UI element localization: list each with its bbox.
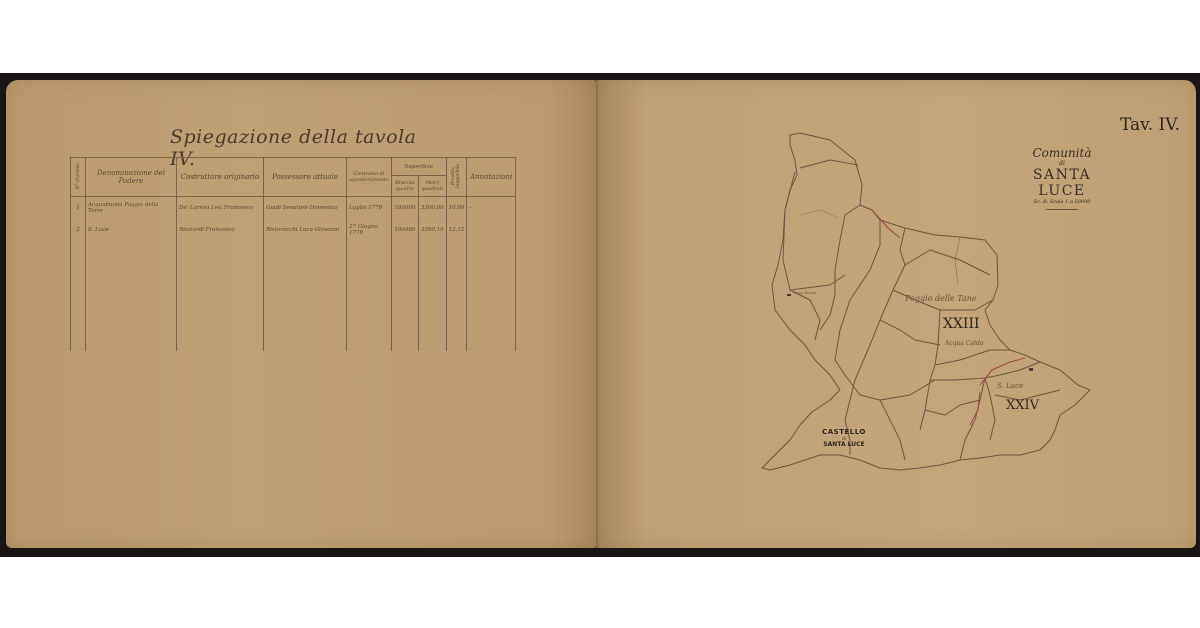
cell-current-owner: Ristoracchi Luca Giovanni [264, 219, 347, 241]
cell-name: Acquabuona Poggio della Torre [86, 197, 177, 220]
header-surface: Superficie [391, 158, 446, 176]
cell-estimate: 12,12 [446, 219, 467, 241]
header-orig-owner: Costruttore originario [177, 158, 264, 197]
place-label-acqua-calda: Acqua Calda [945, 340, 983, 347]
cartouche-rule [1046, 209, 1078, 210]
zone-label-xxiii: XXIII [943, 316, 980, 332]
header-braccia: Braccia quadre [391, 176, 418, 197]
header-current-owner: Possessore attuale [264, 158, 347, 197]
cell-orig-owner: Ricciardi Francesco [177, 219, 264, 241]
cell-num: 2 [71, 219, 86, 241]
header-metri: Metri quadrati [418, 176, 446, 197]
header-estimate: Rendita imponibile [446, 158, 467, 197]
cartouche-di: di [1010, 160, 1114, 167]
map-cartouche: Comunità di SANTA LUCE Sc. B. Scala 1 a … [1010, 146, 1114, 210]
cell-metri: 3300,19 [418, 219, 446, 241]
header-notes: Annotazioni [467, 158, 516, 197]
cartouche-comunita: Comunità [1010, 146, 1114, 160]
cell-metri: 3300,00 [418, 197, 446, 220]
road-red [980, 358, 1025, 385]
cell-braccia: 100480 [391, 219, 418, 241]
cell-name: S. Luce [86, 219, 177, 241]
podere-register-table: N° d'ordine Denominazione del Podere Cos… [70, 157, 516, 351]
header-name: Denominazione del Podere [86, 158, 177, 197]
cartouche-scale: Sc. B. Scala 1 a 50000 [1010, 199, 1114, 205]
place-label-poggio: Poggio delle Tane [905, 294, 977, 303]
cell-estimate: 10,00 [446, 197, 467, 220]
cell-orig-owner: De' Larsini Lev. Francesco [177, 197, 264, 220]
place-label-casa: Casa Rossa [793, 290, 816, 295]
cell-notes: - [467, 197, 516, 220]
cell-notes [467, 219, 516, 241]
cell-deed: Luglio 1779 [347, 197, 392, 220]
castello-label: CASTELLO di SANTA LUCE [808, 428, 880, 448]
road-red [872, 210, 900, 238]
zone-label-xxiv: XXIV [1006, 398, 1039, 413]
cell-num: 1 [71, 197, 86, 220]
cell-current-owner: Guidi Senatore Domenico [264, 197, 347, 220]
header-deed: Contratto di appoderamento [347, 158, 392, 197]
table-row: 1 Acquabuona Poggio della Torre De' Lars… [71, 197, 516, 220]
header-num: N° d'ordine [71, 158, 86, 197]
cell-deed: 27 Giugno 1778 [347, 219, 392, 241]
cartouche-town: SANTA LUCE [1010, 167, 1114, 199]
table-row: 2 S. Luce Ricciardi Francesco Ristoracch… [71, 219, 516, 241]
plate-number: Tav. IV. [1120, 115, 1180, 135]
place-label-s-luce: S. Luce [997, 382, 1023, 390]
table-empty-area [71, 241, 516, 351]
castello-line3: SANTA LUCE [808, 441, 880, 448]
cell-braccia: 100000 [391, 197, 418, 220]
castello-line1: CASTELLO [808, 428, 880, 436]
